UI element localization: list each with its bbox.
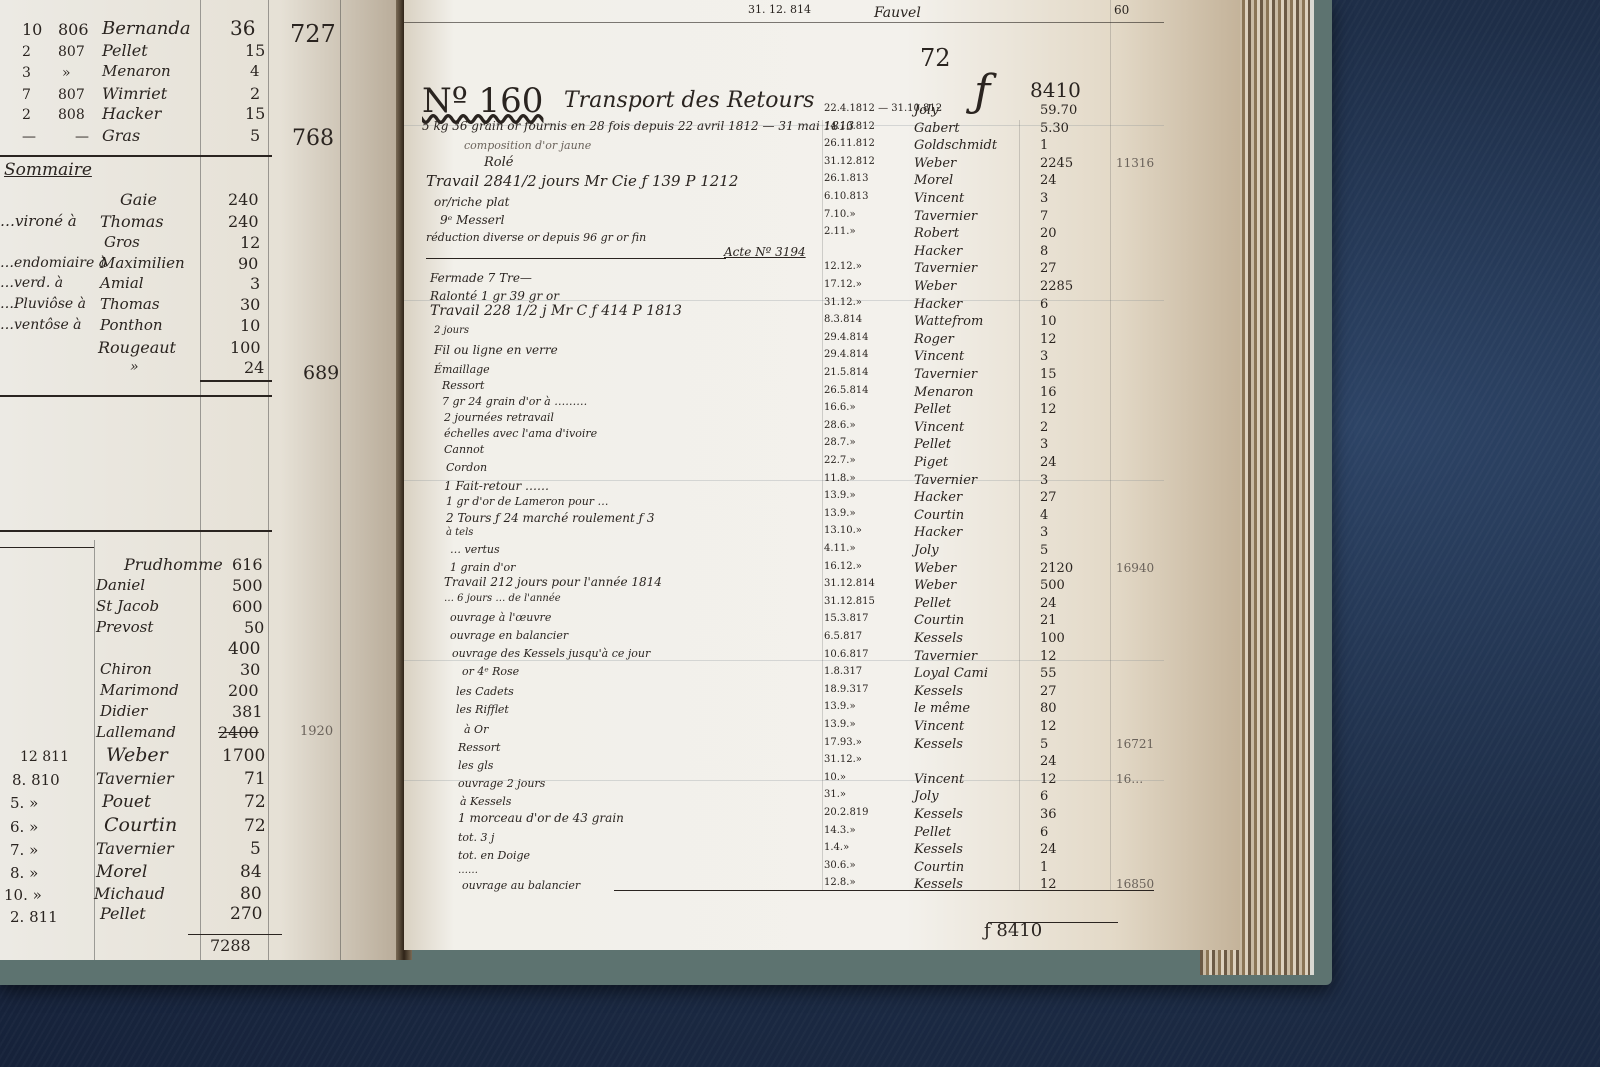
amount: 80	[240, 886, 262, 903]
ledger-amount: 12	[1040, 650, 1057, 663]
name: Didier	[100, 704, 147, 719]
ledger-amount: 1	[1040, 139, 1048, 152]
closing-rule	[614, 890, 1154, 891]
entry-number: Nº 160	[422, 84, 543, 118]
ledger-name: Hacker	[914, 245, 962, 258]
year: 807	[58, 88, 85, 102]
ledger-amount: 3	[1040, 192, 1048, 205]
description: tot. 3 j	[458, 832, 494, 843]
ledger-amount: 4	[1040, 509, 1048, 522]
ledger-date: 29.4.814	[824, 333, 869, 343]
description: 7 gr 24 grain d'or à ………	[442, 396, 587, 407]
description: les Cadets	[456, 686, 514, 697]
description: échelles avec l'ama d'ivoire	[444, 428, 597, 439]
ledger-date: 10.6.817	[824, 650, 869, 660]
act-reference: Acte Nº 3194	[724, 246, 806, 258]
column-rule	[268, 0, 269, 960]
ledger-amount: 27	[1040, 491, 1057, 504]
ledger-name: Vincent	[914, 773, 964, 786]
ledger-date: 15.3.817	[824, 614, 869, 624]
ledger-date: 28.6.»	[824, 421, 856, 431]
ledger-subtotal: 16940	[1116, 562, 1154, 574]
ledger-date: 12.12.»	[824, 262, 862, 272]
ledger-date: 21.5.814	[824, 368, 869, 378]
ledger-amount: 36	[1040, 808, 1057, 821]
day: 2	[22, 108, 31, 122]
amount: 30	[240, 662, 260, 678]
amount: 240	[228, 192, 259, 208]
name: Amial	[100, 276, 144, 291]
ledger-name: Pellet	[914, 438, 951, 451]
ledger-date: 10.»	[824, 773, 846, 783]
ledger-amount: 3	[1040, 526, 1048, 539]
ledger-amount: 12	[1040, 333, 1057, 346]
name: »	[130, 360, 139, 374]
ledger-amount: 15	[1040, 368, 1057, 381]
ledger-date: 7.10.»	[824, 210, 856, 220]
name: Wimriet	[102, 86, 167, 102]
divider	[188, 934, 282, 935]
ledger-amount: 8	[1040, 245, 1048, 258]
description: ouvrage au balancier	[462, 880, 580, 891]
amount: 600	[232, 599, 263, 615]
ledger-date: 29.4.814	[824, 350, 869, 360]
name: Daniel	[96, 578, 145, 593]
ledger-name: Goldschmidt	[914, 139, 997, 152]
description: Cannot	[444, 444, 484, 455]
date: 7. »	[10, 843, 38, 858]
ledger-name: Loyal Cami	[914, 667, 988, 680]
ledger-date: 20.2.819	[824, 808, 869, 818]
name: Prevost	[96, 620, 153, 635]
ledger-subtotal: 16850	[1116, 878, 1154, 890]
description: 2 Tours ƒ 24 marché roulement ƒ 3	[446, 512, 655, 524]
description: tot. en Doige	[458, 850, 530, 861]
description: Ralonté 1 gr 39 gr or	[430, 290, 559, 302]
column-rule	[1019, 120, 1020, 890]
day: 10	[22, 22, 42, 38]
page-number: 72	[920, 46, 951, 70]
label: …endomiaire à	[0, 256, 107, 270]
year: 807	[58, 45, 85, 59]
description: 1 grain d'or	[450, 562, 515, 573]
ledger-date: 26.5.814	[824, 386, 869, 396]
description: Fil ou ligne en verre	[434, 344, 558, 356]
ledger-amount: 6	[1040, 790, 1048, 803]
fragment-date: 31. 12. 814	[748, 4, 811, 15]
name: Gros	[104, 235, 140, 250]
ledger-amount: 20	[1040, 227, 1057, 240]
ledger-name: le même	[914, 702, 970, 715]
amount: 15	[245, 106, 265, 122]
name: Bernanda	[102, 20, 191, 38]
name: Chiron	[100, 662, 152, 677]
ledger-date: 18.9.317	[824, 685, 869, 695]
label: …vironé à	[0, 214, 77, 229]
ledger-name: Weber	[914, 579, 956, 592]
amount: 100	[230, 340, 261, 356]
name: Gras	[102, 128, 140, 144]
description: ouvrage des Kessels jusqu'à ce jour	[452, 648, 650, 659]
description: Travail 212 jours pour l'année 1814	[444, 576, 662, 588]
ledger-name: Kessels	[914, 632, 963, 645]
ledger-name: Pellet	[914, 597, 951, 610]
description: Fermade 7 Tre—	[430, 272, 532, 284]
name: Morel	[96, 864, 147, 881]
year: 808	[58, 108, 85, 122]
ledger-amount: 2	[1040, 421, 1048, 434]
day: —	[22, 130, 36, 144]
column-rule	[1110, 0, 1111, 890]
description: Ressort	[442, 380, 484, 391]
ledger-name: Robert	[914, 227, 959, 240]
ledger-date: 30.6.»	[824, 861, 856, 871]
ledger-amount: 24	[1040, 456, 1057, 469]
amount: 90	[238, 256, 258, 272]
ledger-subtotal: 16…	[1116, 773, 1143, 785]
ledger-amount: 12	[1040, 403, 1057, 416]
ledger-amount: 24	[1040, 597, 1057, 610]
name: Prudhomme	[124, 557, 223, 573]
amount: 84	[240, 864, 262, 881]
opening-amount: 8410	[1030, 80, 1081, 100]
ledger-date: 13.10.»	[824, 526, 862, 536]
date: 5. »	[10, 796, 38, 811]
name: Thomas	[100, 214, 164, 230]
ledger-amount: 24	[1040, 755, 1057, 768]
strike-line	[426, 258, 726, 259]
amount: 72	[244, 794, 266, 811]
amount: 2400	[218, 725, 259, 741]
ledger-name: Vincent	[914, 350, 964, 363]
ledger-amount: 3	[1040, 474, 1048, 487]
year: »	[62, 66, 71, 80]
name: Ponthon	[100, 318, 163, 333]
ledger-date: 4.11.»	[824, 544, 856, 554]
ledger-date: 1.8.317	[824, 667, 862, 677]
ledger-amount: 59.70	[1040, 104, 1077, 117]
date: 8. »	[10, 866, 38, 881]
divider	[200, 380, 272, 382]
running-total: 727	[290, 22, 336, 46]
ledger-name: Hacker	[914, 298, 962, 311]
description: ……	[458, 866, 478, 876]
divider	[0, 395, 272, 397]
amount: 5	[250, 841, 261, 858]
name: Pouet	[102, 794, 151, 811]
name: Rougeaut	[98, 340, 176, 356]
description: Travail 2841/2 jours Mr Cie ƒ 139 P 1212	[426, 174, 738, 189]
ledger-name: Pellet	[914, 403, 951, 416]
ledger-amount: 21	[1040, 614, 1057, 627]
ledger-name: Courtin	[914, 509, 964, 522]
amount: 12	[240, 235, 260, 251]
ledger-name: Kessels	[914, 878, 963, 891]
ledger-date: 2.11.»	[824, 227, 856, 237]
ledger-amount: 5	[1040, 544, 1048, 557]
ledger-name: Wattefrom	[914, 315, 983, 328]
column-rule	[340, 0, 341, 960]
description: Cordon	[446, 462, 487, 473]
description: or 4ᵉ Rose	[462, 666, 519, 677]
amount: 30	[240, 297, 260, 313]
ledger-amount: 24	[1040, 843, 1057, 856]
ledger-amount: 6	[1040, 298, 1048, 311]
amount: 400	[228, 641, 260, 658]
name: Weber	[106, 746, 168, 765]
ledger-name: Hacker	[914, 491, 962, 504]
ledger-date: 14.10.812	[824, 122, 875, 132]
amount: 200	[228, 683, 259, 699]
description: or/riche plat	[434, 196, 509, 208]
ledger-name: Courtin	[914, 614, 964, 627]
description: … vertus	[450, 544, 500, 555]
amount: 500	[232, 578, 263, 594]
fragment-name: Fauvel	[874, 6, 921, 20]
name: Maximilien	[100, 256, 185, 271]
amount: 5	[250, 128, 260, 144]
ledger-amount: 100	[1040, 632, 1065, 645]
ledger-name: Roger	[914, 333, 954, 346]
ledger-amount: 3	[1040, 438, 1048, 451]
ledger-name: Gabert	[914, 122, 960, 135]
ledger-name: Menaron	[914, 386, 974, 399]
amount: 10	[240, 318, 260, 334]
ledger-name: Tavernier	[914, 262, 977, 275]
ledger-date: 11.8.»	[824, 474, 856, 484]
amount: 24	[244, 360, 264, 376]
label: …ventôse à	[0, 318, 82, 332]
description: ouvrage 2 jours	[458, 778, 545, 789]
ledger-date: 13.9.»	[824, 491, 856, 501]
ledger-date: 22.7.»	[824, 456, 856, 466]
ledger-amount: 16	[1040, 386, 1057, 399]
running-total: 768	[292, 128, 334, 150]
ledger-name: Tavernier	[914, 474, 977, 487]
ledger-date: 13.9.»	[824, 720, 856, 730]
description: 2 jours	[434, 326, 469, 336]
description: Émaillage	[434, 364, 490, 375]
ledger-amount: 10	[1040, 315, 1057, 328]
ledger-amount: 12	[1040, 720, 1057, 733]
name: Tavernier	[96, 841, 174, 857]
description: Travail 228 1/2 j Mr C ƒ 414 P 1813	[430, 304, 682, 318]
divider	[404, 22, 1164, 23]
ledger-name: Vincent	[914, 192, 964, 205]
ledger-amount: 500	[1040, 579, 1065, 592]
ledger-date: 26.11.812	[824, 139, 875, 149]
ledger-subtotal: 16721	[1116, 738, 1154, 750]
amount: 240	[228, 214, 259, 230]
description: 2 journées retravail	[444, 412, 554, 423]
ledger-date: 6.10.813	[824, 192, 869, 202]
description: … 6 jours … de l'année	[444, 594, 561, 604]
closing-total: ƒ 8410	[984, 922, 1042, 940]
amount: 1700	[222, 748, 265, 765]
amount: 381	[232, 704, 263, 720]
ledger-name: Weber	[914, 280, 956, 293]
ledger-amount: 3	[1040, 350, 1048, 363]
right-page: 31. 12. 814 Fauvel 60 72 Nº 160 Transpor…	[404, 0, 1240, 950]
label: …Pluviôse à	[0, 297, 86, 311]
column-rule	[200, 0, 201, 960]
ledger-date: 8.3.814	[824, 315, 862, 325]
description: 1 gr d'or de Lameron pour …	[446, 496, 609, 507]
ledger-amount: 27	[1040, 262, 1057, 275]
ledger-name: Tavernier	[914, 650, 977, 663]
amount: 3	[250, 276, 260, 292]
ledger-name: Weber	[914, 157, 956, 170]
ledger-amount: 24	[1040, 174, 1057, 187]
description: 1 morceau d'or de 43 grain	[458, 812, 624, 824]
ledger-name: Kessels	[914, 685, 963, 698]
description: à Kessels	[460, 796, 511, 807]
label: …verd. à	[0, 276, 63, 290]
date: 8. 810	[12, 773, 60, 788]
ledger-name: Weber	[914, 562, 956, 575]
date: 6. »	[10, 820, 38, 835]
description: 1 Fait-retour ……	[444, 480, 549, 492]
ledger-name: Vincent	[914, 421, 964, 434]
day: 7	[22, 88, 31, 102]
ledger-name: Vincent	[914, 720, 964, 733]
name: Tavernier	[96, 771, 174, 787]
description: ouvrage à l'œuvre	[450, 612, 551, 623]
left-page: 10 806 Bernanda 36 2 807 Pellet 15 3 » M…	[0, 0, 400, 960]
ledger-name: Joly	[914, 790, 939, 803]
ledger-date: 14.3.»	[824, 826, 856, 836]
ledger-amount: 7	[1040, 210, 1048, 223]
ledger-name: Kessels	[914, 738, 963, 751]
section-total: 7288	[210, 938, 251, 954]
ledger-date: 13.9.»	[824, 509, 856, 519]
side-note: 1920	[300, 725, 333, 738]
amount: 616	[232, 557, 263, 573]
ledger-date: 31.12.812	[824, 157, 875, 167]
year: —	[75, 130, 89, 144]
name: Pellet	[100, 906, 146, 922]
ledger-amount: 80	[1040, 702, 1057, 715]
amount: 2	[250, 86, 260, 102]
ledger-date: 31.»	[824, 790, 846, 800]
name: St Jacob	[96, 599, 159, 614]
ledger-date: 31.12.815	[824, 597, 875, 607]
ledger-date: 31.12.814	[824, 579, 875, 589]
description: à Or	[464, 724, 488, 735]
description: les gls	[458, 760, 493, 771]
ledger-date: 12.8.»	[824, 878, 856, 888]
date: 12 811	[20, 750, 69, 764]
name: Gaie	[120, 192, 157, 208]
ledger-amount: 12	[1040, 773, 1057, 786]
amount: 71	[244, 771, 266, 788]
ledger-subtotal: 11316	[1116, 157, 1154, 169]
description: ouvrage en balancier	[450, 630, 568, 641]
name: Pellet	[102, 43, 148, 59]
fragment-amount: 60	[1114, 4, 1129, 16]
ledger-date: 26.1.813	[824, 174, 869, 184]
description: composition d'or jaune	[464, 140, 591, 151]
ledger-date: 31.12.»	[824, 298, 862, 308]
name: Courtin	[104, 816, 177, 835]
column-rule	[822, 120, 823, 890]
ledger-name: Pellet	[914, 826, 951, 839]
amount: 270	[230, 906, 262, 923]
description: 9ᵉ Messerl	[440, 214, 504, 226]
name: Hacker	[102, 106, 161, 122]
section-total: 689	[303, 364, 339, 383]
ledger-name: Joly	[914, 544, 939, 557]
name: Michaud	[94, 886, 165, 902]
ledger-date: 17.93.»	[824, 738, 862, 748]
description: Ressort	[458, 742, 500, 753]
amount: 4	[250, 64, 260, 79]
ledger-amount: 12	[1040, 878, 1057, 891]
divider	[0, 530, 272, 532]
ledger-amount: 2285	[1040, 280, 1073, 293]
amount: 72	[244, 818, 266, 835]
entry-title: Transport des Retours	[564, 90, 814, 112]
amount: 50	[244, 620, 264, 636]
ledger-date: 13.9.»	[824, 702, 856, 712]
year: 806	[58, 22, 89, 38]
ledger-date: 1.4.»	[824, 843, 849, 853]
day: 2	[22, 45, 31, 59]
franc-symbol: ƒ	[974, 70, 990, 114]
ledger-amount: 2120	[1040, 562, 1073, 575]
description: les Rifflet	[456, 704, 509, 715]
ledger-amount: 1	[1040, 861, 1048, 874]
ledger-amount: 2245	[1040, 157, 1073, 170]
amount: 36	[230, 18, 255, 38]
ledger-name: Joly	[914, 104, 939, 117]
ledger-amount: 5.30	[1040, 122, 1069, 135]
ledger-date: 17.12.»	[824, 280, 862, 290]
description: 5 kg 36 grain or fournis en 28 fois depu…	[422, 120, 854, 132]
divider	[0, 155, 272, 157]
description: à tels	[446, 528, 473, 538]
name: Marimond	[100, 683, 179, 698]
ledger-amount: 5	[1040, 738, 1048, 751]
ledger-name: Hacker	[914, 526, 962, 539]
ledger-amount: 6	[1040, 826, 1048, 839]
name: Thomas	[100, 297, 160, 312]
ledger-name: Piget	[914, 456, 948, 469]
name: Menaron	[102, 64, 171, 79]
ledger-date: 31.12.»	[824, 755, 862, 765]
ledger-name: Morel	[914, 174, 953, 187]
ledger-date: 28.7.»	[824, 438, 856, 448]
date: 10. »	[4, 888, 42, 903]
ledger-date: 6.5.817	[824, 632, 862, 642]
description: réduction diverse or depuis 96 gr or fin	[426, 232, 646, 243]
ledger-date: 16.12.»	[824, 562, 862, 572]
date: 2. 811	[10, 910, 58, 925]
ledger-amount: 55	[1040, 667, 1057, 680]
ledger-name: Kessels	[914, 808, 963, 821]
ledger-name: Courtin	[914, 861, 964, 874]
ledger-name: Kessels	[914, 843, 963, 856]
name: Lallemand	[96, 725, 176, 740]
amount: 15	[245, 43, 265, 59]
ledger-date: 16.6.»	[824, 403, 856, 413]
day: 3	[22, 66, 31, 80]
ledger-amount: 27	[1040, 685, 1057, 698]
description: Rolé	[484, 156, 513, 169]
ledger-name: Tavernier	[914, 210, 977, 223]
ledger-name: Tavernier	[914, 368, 977, 381]
divider	[0, 547, 94, 548]
